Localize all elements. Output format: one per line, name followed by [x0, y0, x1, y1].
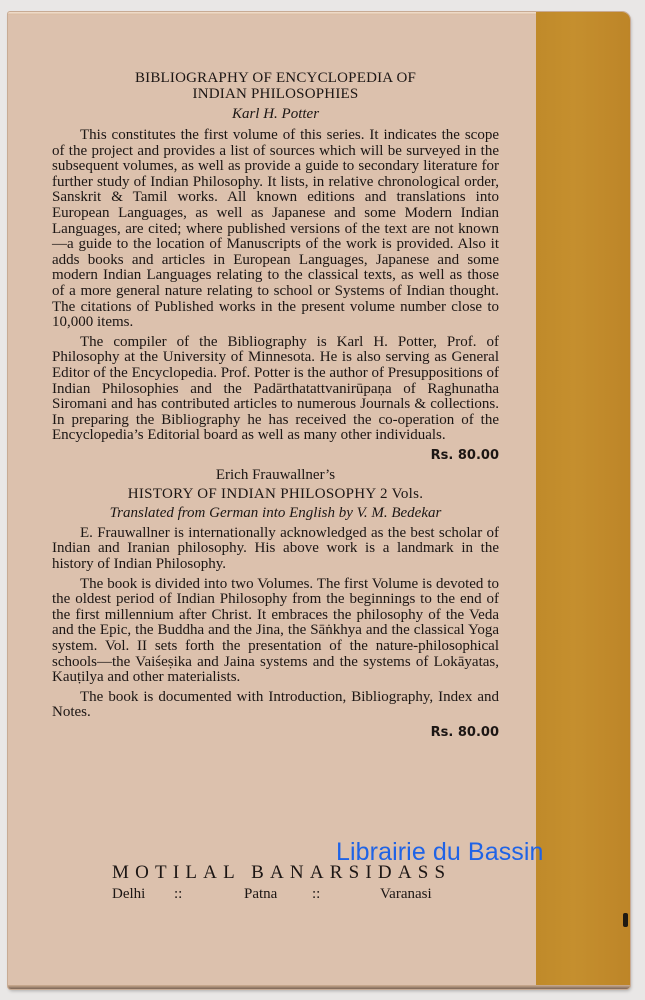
spine-mark: [623, 913, 628, 927]
book1-title-line1: BIBLIOGRAPHY OF ENCYCLOPEDIA OF: [52, 70, 499, 86]
book1-title-line2: INDIAN PHILOSOPHIES: [52, 86, 499, 102]
city-separator: ::: [174, 886, 244, 903]
book2-title: HISTORY OF INDIAN PHILOSOPHY 2 Vols.: [52, 486, 499, 503]
book2-intro: E. Frauwallner is internationally acknow…: [52, 526, 499, 573]
city-delhi: Delhi: [112, 886, 174, 903]
gold-spine-band: [536, 12, 630, 989]
book1-description: This constitutes the first volume of thi…: [52, 128, 499, 331]
publisher-name: MOTILAL BANARSIDASS: [112, 862, 452, 884]
book2-description: The book is divided into two Volumes. Th…: [52, 577, 499, 686]
city-separator: ::: [312, 886, 380, 903]
book1-price: Rs. 80.00: [52, 448, 499, 463]
publisher-block: MOTILAL BANARSIDASS Delhi :: Patna :: Va…: [112, 862, 452, 903]
cover-bottom-edge: [8, 985, 630, 989]
city-varanasi: Varanasi: [380, 886, 432, 903]
book2-price: Rs. 80.00: [52, 725, 499, 740]
book2-author: Erich Frauwallner’s: [52, 467, 499, 484]
cover-text-content: BIBLIOGRAPHY OF ENCYCLOPEDIA OF INDIAN P…: [52, 70, 499, 744]
book1-section: BIBLIOGRAPHY OF ENCYCLOPEDIA OF INDIAN P…: [52, 70, 499, 463]
publisher-cities: Delhi :: Patna :: Varanasi: [112, 886, 452, 903]
book1-compiler-bio: The compiler of the Bibliography is Karl…: [52, 335, 499, 444]
book2-section: Erich Frauwallner’s HISTORY OF INDIAN PH…: [52, 467, 499, 740]
book2-documentation: The book is documented with Introduction…: [52, 690, 499, 721]
book1-author: Karl H. Potter: [52, 106, 499, 123]
book2-translator: Translated from German into English by V…: [52, 505, 499, 522]
city-patna: Patna: [244, 886, 312, 903]
